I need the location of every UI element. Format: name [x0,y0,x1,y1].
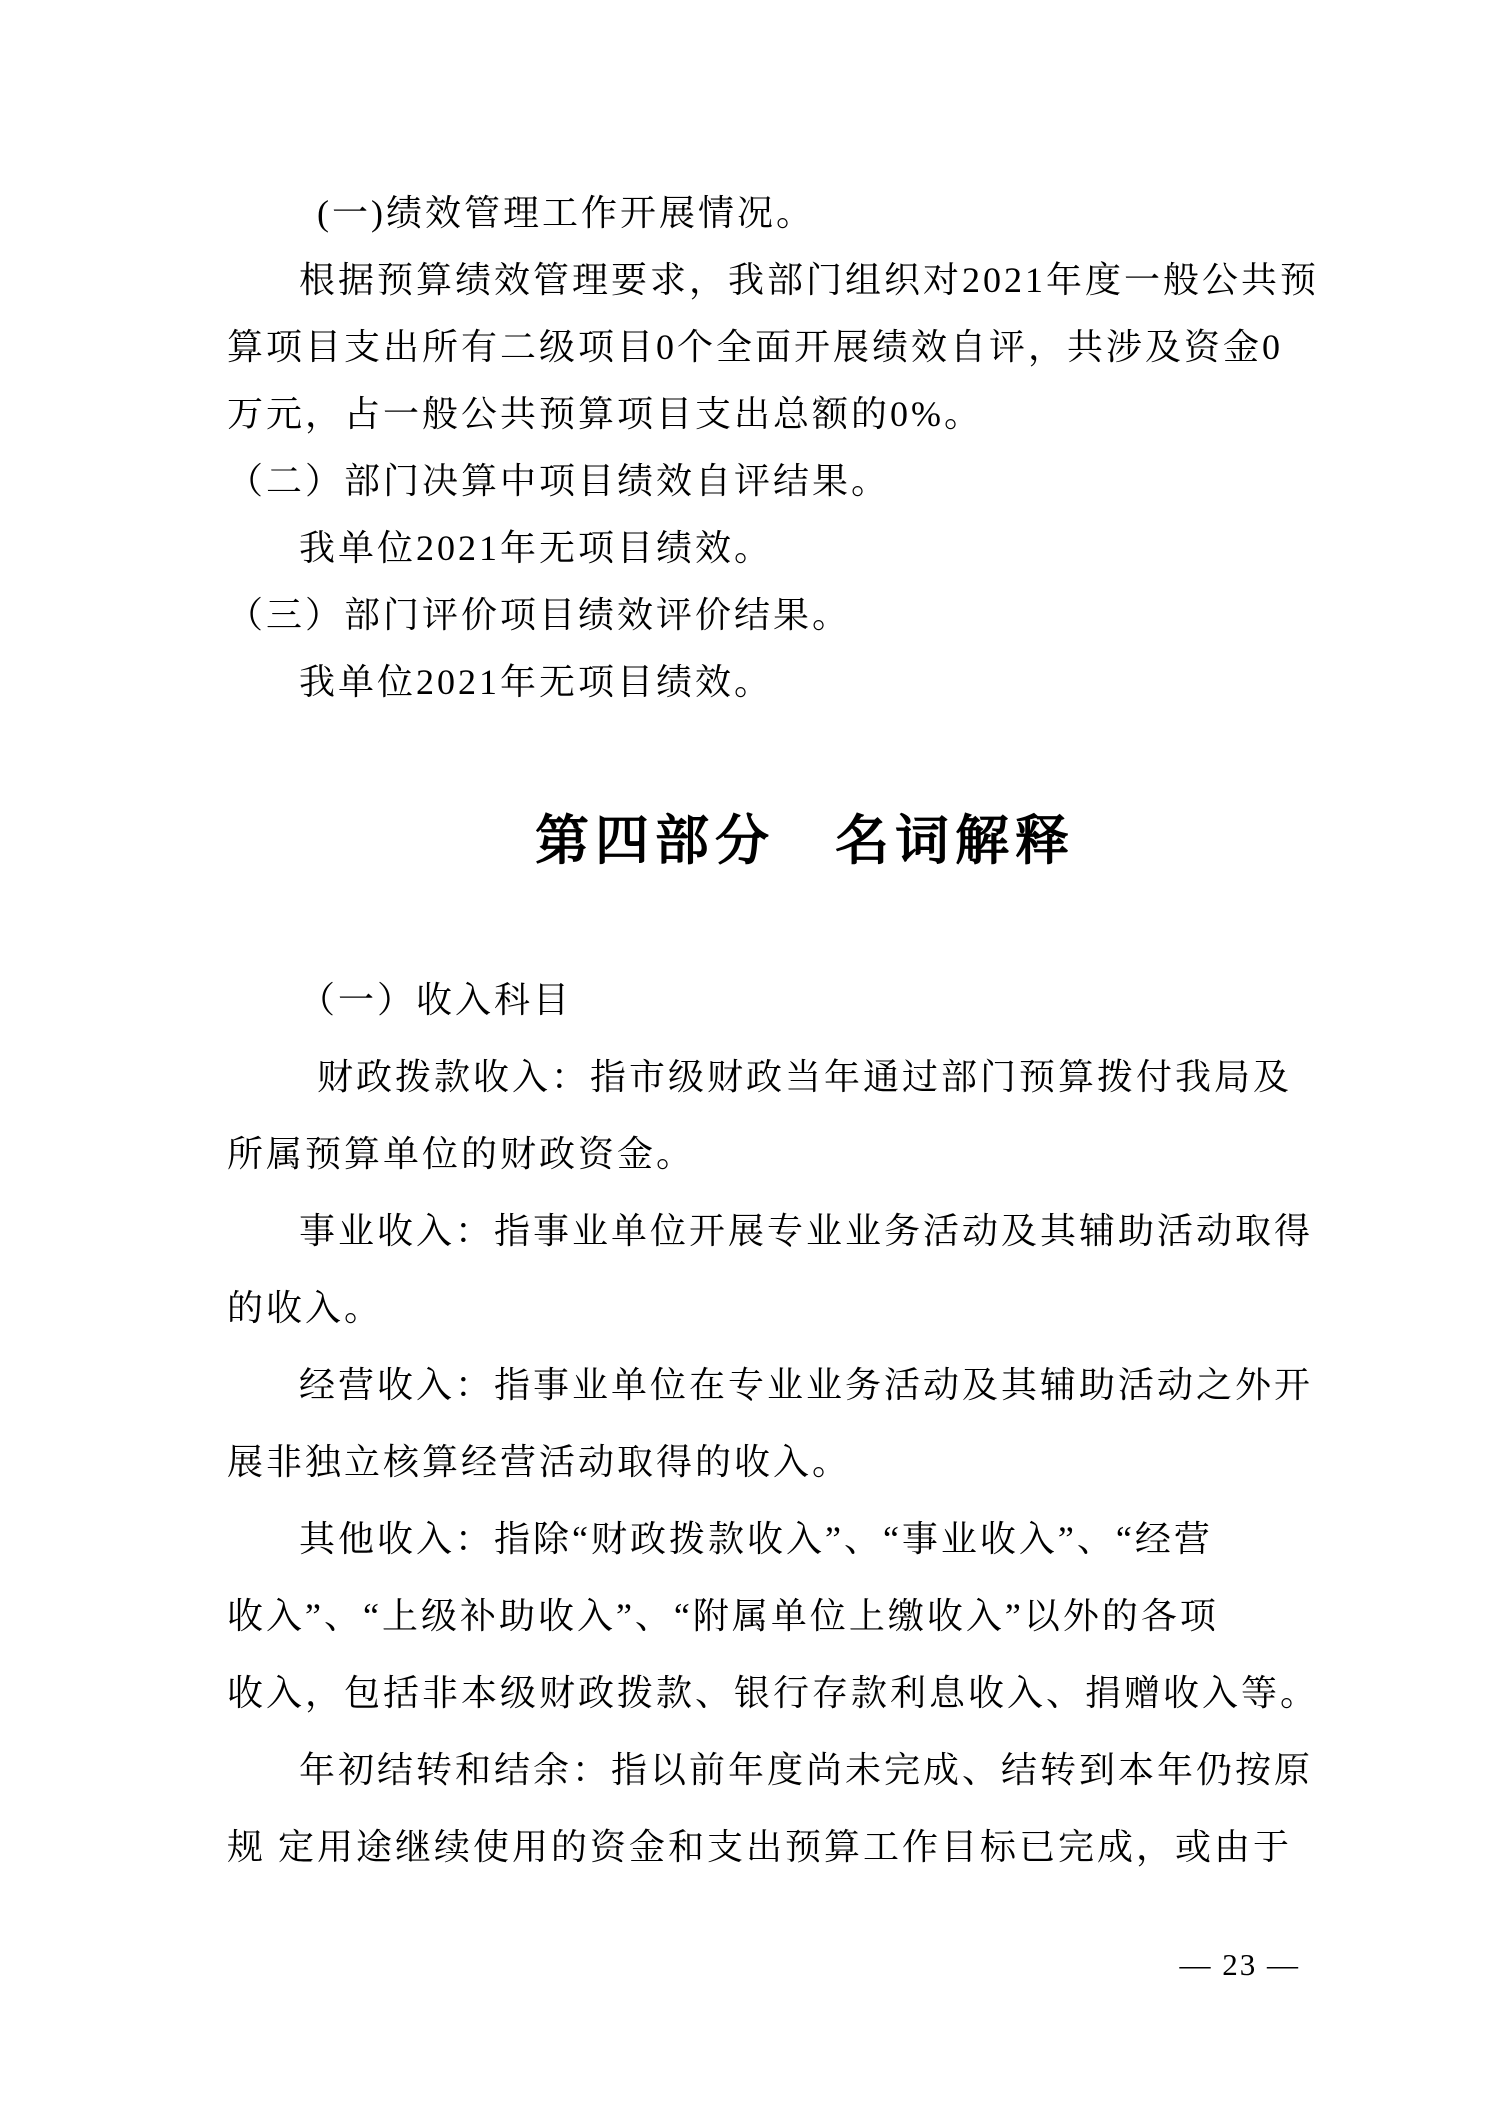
performance-section: (一)绩效管理工作开展情况。 根据预算绩效管理要求，我部门组织对2021年度一般… [227,180,1347,716]
section-heading: 第四部分 名词解释 [227,791,1347,891]
text-line: (一)绩效管理工作开展情况。 [227,180,1347,247]
text-line: 财政拨款收入：指市级财政当年通过部门预算拨付我局及 [227,1039,1347,1116]
text-line: （一）收入科目 [227,962,1347,1039]
document-body: (一)绩效管理工作开展情况。 根据预算绩效管理要求，我部门组织对2021年度一般… [227,180,1347,1984]
text-line: （二）部门决算中项目绩效自评结果。 [227,448,1347,515]
text-line: 万元，占一般公共预算项目支出总额的0%。 [227,381,1347,448]
text-line: 我单位2021年无项目绩效。 [227,649,1347,716]
text-line: 规 定用途继续使用的资金和支出预算工作目标已完成，或由于 [227,1809,1347,1886]
text-line: 的收入。 [227,1270,1347,1347]
text-line: 展非独立核算经营活动取得的收入。 [227,1424,1347,1501]
text-line: 我单位2021年无项目绩效。 [227,515,1347,582]
page-number: — 23 — [227,1946,1347,1984]
document-page: (一)绩效管理工作开展情况。 根据预算绩效管理要求，我部门组织对2021年度一般… [0,0,1486,2103]
glossary-section: （一）收入科目 财政拨款收入：指市级财政当年通过部门预算拨付我局及 所属预算单位… [227,962,1347,1886]
text-line: 所属预算单位的财政资金。 [227,1116,1347,1193]
text-line: （三）部门评价项目绩效评价结果。 [227,582,1347,649]
text-line: 算项目支出所有二级项目0个全面开展绩效自评，共涉及资金0 [227,314,1347,381]
text-line: 其他收入：指除“财政拨款收入”、“事业收入”、“经营 [227,1501,1347,1578]
text-line: 经营收入：指事业单位在专业业务活动及其辅助活动之外开 [227,1347,1347,1424]
text-line: 年初结转和结余：指以前年度尚未完成、结转到本年仍按原 [227,1732,1347,1809]
text-line: 收入，包括非本级财政拨款、银行存款利息收入、捐赠收入等。 [227,1655,1347,1732]
text-line: 收入”、“上级补助收入”、“附属单位上缴收入”以外的各项 [227,1578,1347,1655]
text-line: 根据预算绩效管理要求，我部门组织对2021年度一般公共预 [227,247,1347,314]
text-line: 事业收入：指事业单位开展专业业务活动及其辅助活动取得 [227,1193,1347,1270]
